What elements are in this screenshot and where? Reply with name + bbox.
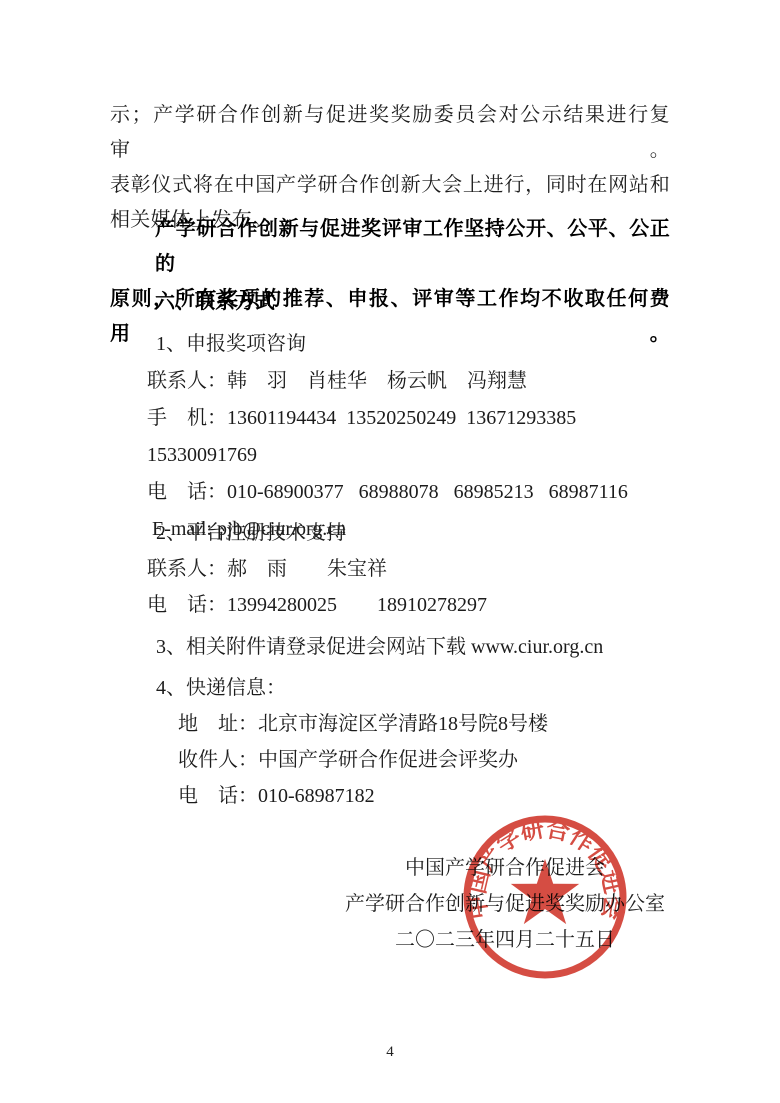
group2-title: 2、平台注册技术支持 [110, 515, 670, 551]
signature-date: 二〇二三年四月二十五日 [320, 922, 690, 958]
group4-address: 地 址：北京市海淀区学清路18号院8号楼 [110, 706, 670, 742]
signature-office: 产学研合作创新与促进奖奖励办公室 [320, 886, 690, 922]
group1-mobile-numbers: 手 机：13601194434 13520250249 13671293385 … [110, 400, 670, 474]
section-heading-contact: 六、联系方式 [110, 284, 670, 320]
group1-title: 1、申报奖项咨询 [110, 326, 670, 363]
group1-phone-numbers: 电 话：010-68900377 68988078 68985213 68987… [110, 474, 670, 511]
group1-contact-persons: 联系人：韩 羽 肖桂华 杨云帆 冯翔慧 [110, 363, 670, 400]
section-heading-text: 六、联系方式 [110, 284, 670, 320]
document-page: 示；产学研合作创新与促进奖奖励委员会对公示结果进行复审。 表彰仪式将在中国产学研… [0, 0, 780, 1103]
contact-group-courier: 4、快递信息： 地 址：北京市海淀区学清路18号院8号楼 收件人：中国产学研合作… [110, 670, 670, 814]
group2-phone-numbers: 电 话：13994280025 18910278297 [110, 587, 670, 623]
contact-group-platform-support: 2、平台注册技术支持 联系人：郝 雨 朱宝祥 电 话：13994280025 1… [110, 515, 670, 623]
paragraph-line: 产学研合作创新与促进奖评审工作坚持公开、公平、公正的 [110, 212, 670, 282]
group4-recipient: 收件人：中国产学研合作促进会评奖办 [110, 742, 670, 778]
page-number: 4 [0, 1044, 780, 1061]
paragraph-line: 示；产学研合作创新与促进奖奖励委员会对公示结果进行复审。 [110, 98, 670, 168]
group4-phone: 电 话：010-68987182 [110, 778, 670, 814]
contact-group-attachments: 3、相关附件请登录促进会网站下载 www.ciur.org.cn [110, 629, 670, 665]
signature-block: 中国产学研合作促进会 产学研合作创新与促进奖奖励办公室 二〇二三年四月二十五日 [320, 850, 690, 958]
paragraph-line: 表彰仪式将在中国产学研合作创新大会上进行，同时在网站和 [110, 168, 670, 203]
group3-title: 3、相关附件请登录促进会网站下载 www.ciur.org.cn [110, 629, 670, 665]
group4-title: 4、快递信息： [110, 670, 670, 706]
signature-organization: 中国产学研合作促进会 [320, 850, 690, 886]
group2-contact-persons: 联系人：郝 雨 朱宝祥 [110, 551, 670, 587]
